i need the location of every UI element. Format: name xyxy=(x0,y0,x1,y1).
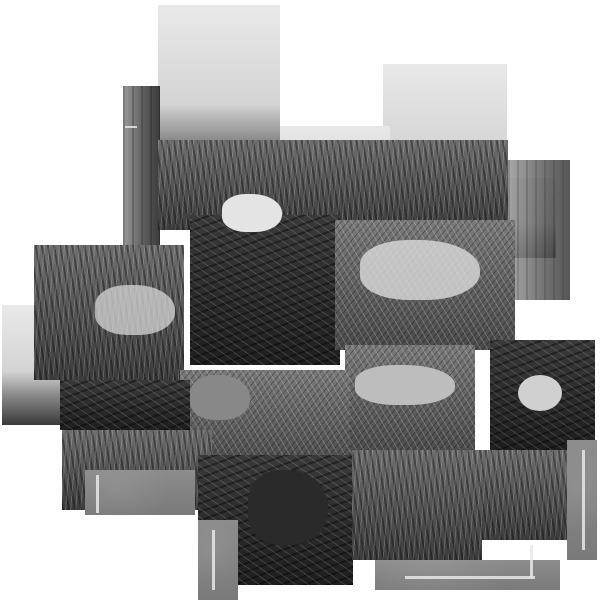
debris-photo xyxy=(190,215,340,365)
chalk-line xyxy=(96,475,99,513)
lower-left-pavement-photo xyxy=(85,470,195,515)
grass-tuft xyxy=(190,375,250,420)
chalk-line xyxy=(212,530,215,590)
backpack xyxy=(248,470,328,545)
collage xyxy=(0,0,600,604)
bottom-pavement-left-photo xyxy=(198,520,238,600)
chalk-line xyxy=(582,450,585,550)
round-object xyxy=(518,375,562,411)
bottom-grass-photo xyxy=(352,450,482,560)
chalk-line xyxy=(125,126,137,128)
plastic-bag xyxy=(360,240,480,300)
concrete-strip-photo xyxy=(123,86,160,246)
sneaker xyxy=(355,365,455,405)
right-strip-photo xyxy=(508,160,570,300)
rocks-photo xyxy=(60,380,190,430)
bottom-right-grass-photo xyxy=(482,450,577,540)
white-jug xyxy=(222,194,282,232)
chalk-line xyxy=(530,545,533,577)
chalk-line xyxy=(405,576,535,579)
left-plastic-bag xyxy=(95,285,175,335)
